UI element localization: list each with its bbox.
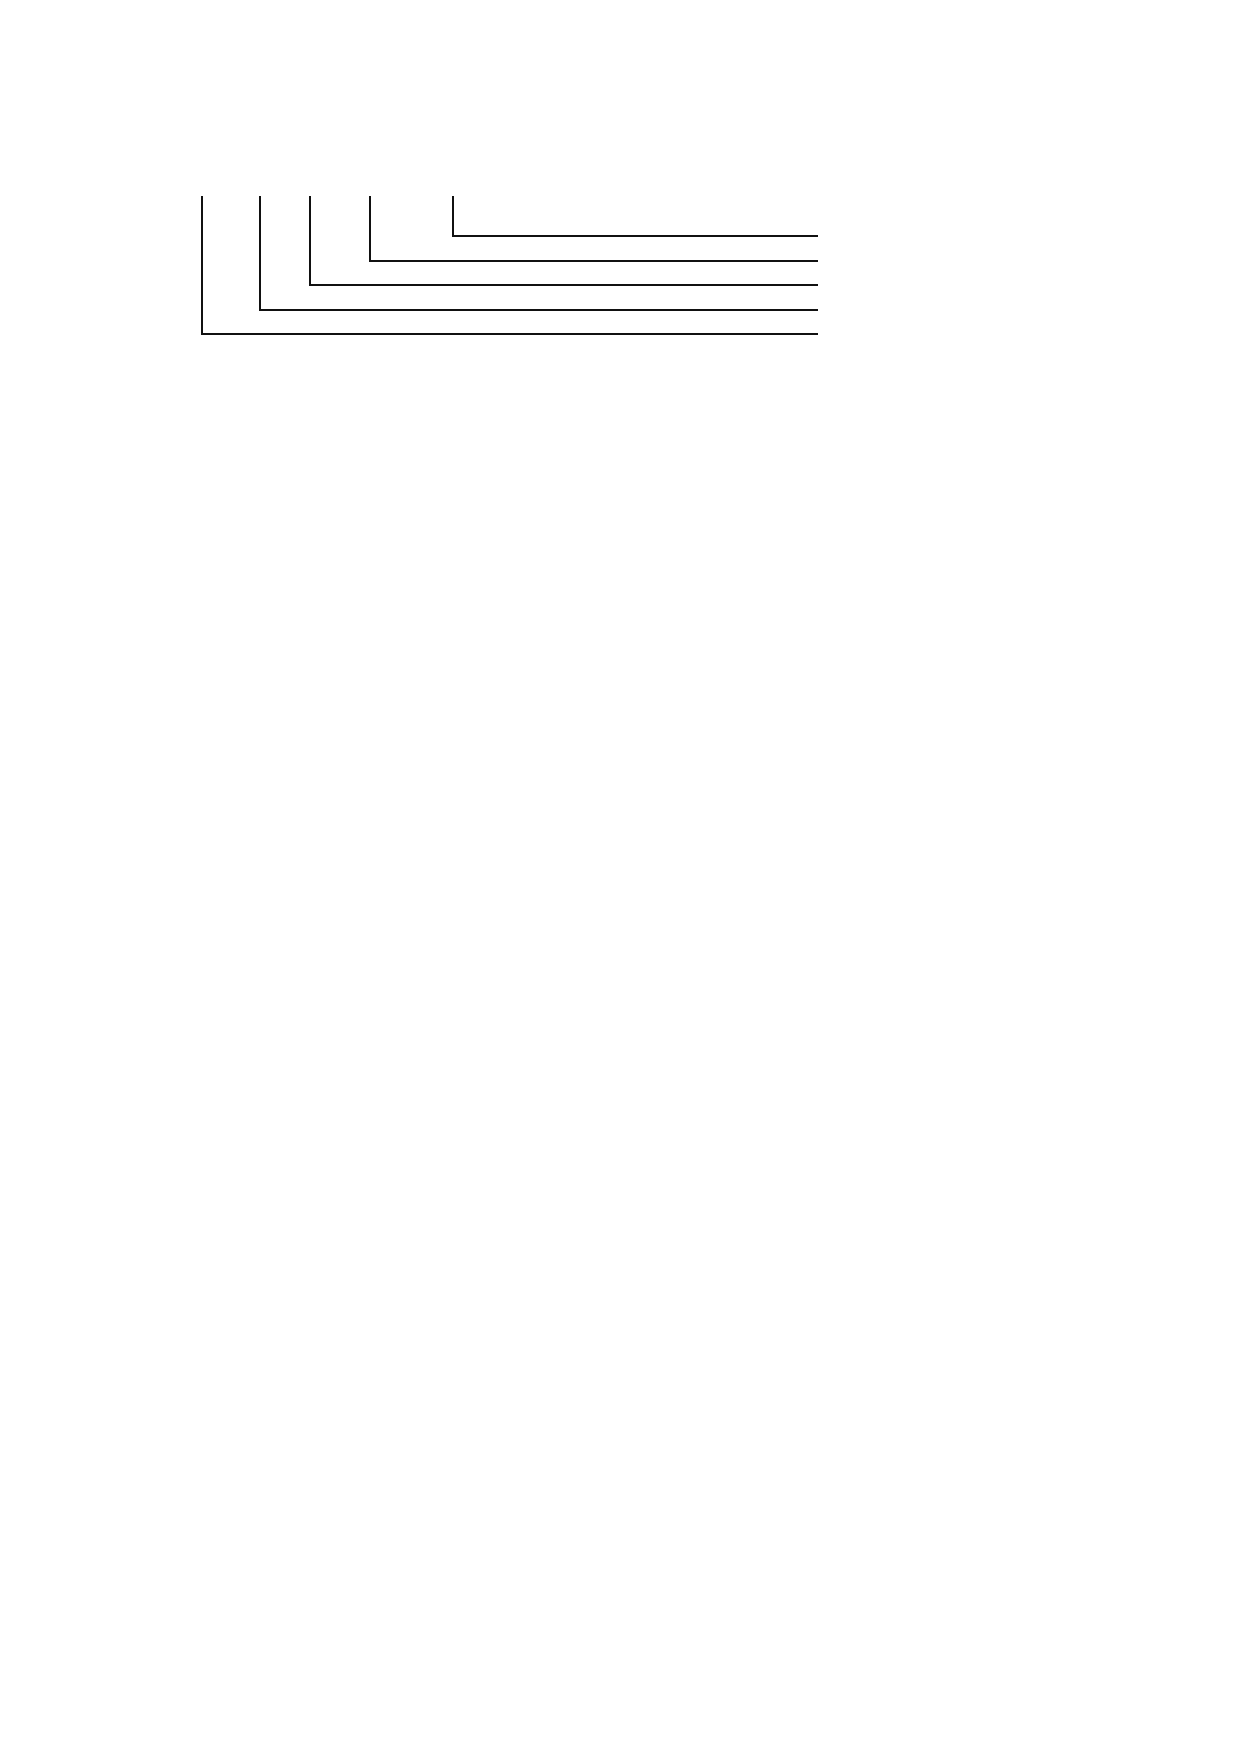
line-category [201,333,818,335]
connector-year [452,196,454,236]
document-page [187,150,1053,432]
connector-category [201,196,203,334]
line-group [309,284,818,286]
designation-scheme-diagram [187,172,1053,372]
line-year [452,235,818,237]
line-number [369,260,818,262]
connector-complex [259,196,261,310]
connector-number [369,196,371,261]
line-complex [259,309,818,311]
connector-group [309,196,311,285]
